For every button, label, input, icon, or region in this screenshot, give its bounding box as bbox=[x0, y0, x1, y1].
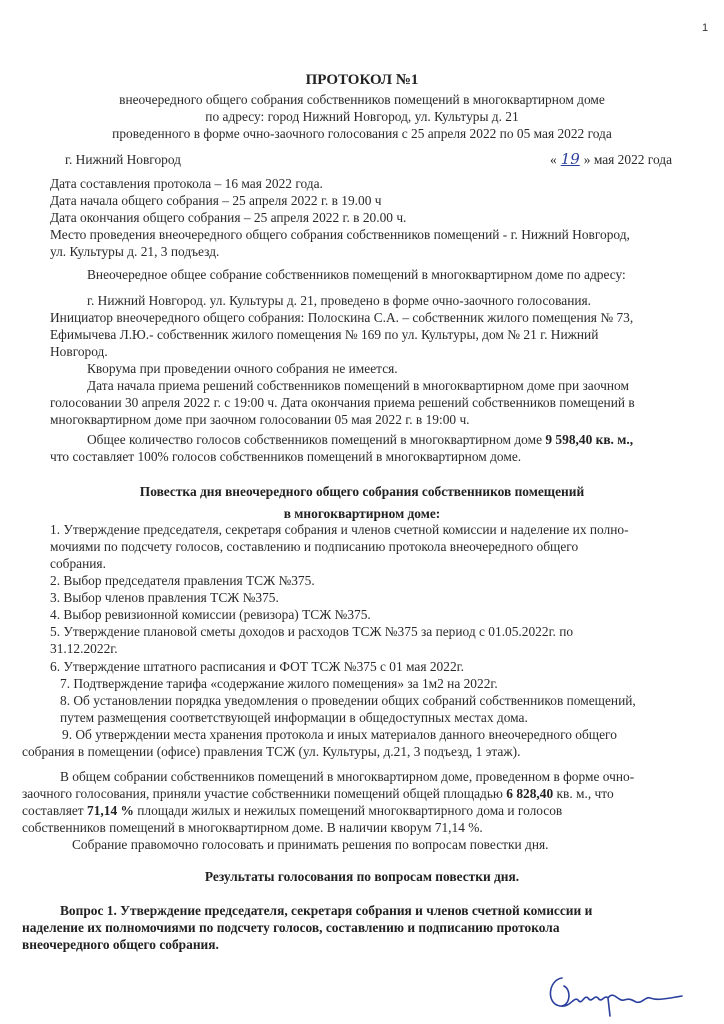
participation-text: заочного голосования, приняли участие со… bbox=[22, 786, 506, 801]
acceptance-line: голосовании 30 апреля 2022 г. с 19:00 ч.… bbox=[50, 394, 710, 411]
agenda-item: путем размещения соответствующей информа… bbox=[60, 709, 528, 726]
agenda-item: 6. Утверждение штатного расписания и ФОТ… bbox=[50, 658, 464, 675]
participation-line: В общем собрании собственников помещений… bbox=[60, 768, 634, 785]
agenda-item: собрания в помещении (офисе) правления Т… bbox=[22, 743, 520, 760]
agenda-heading-cont: в многоквартирном доме: bbox=[0, 505, 724, 522]
agenda-item: 1. Утверждение председателя, секретаря с… bbox=[50, 521, 629, 538]
agenda-item: 2. Выбор председателя правления ТСЖ №375… bbox=[50, 572, 315, 589]
meeting-place-cont: ул. Культуры д. 21, 3 подъезд. bbox=[50, 243, 710, 260]
agenda-item: 4. Выбор ревизионной комиссии (ревизора)… bbox=[50, 606, 371, 623]
date-rest: » мая 2022 года bbox=[584, 152, 672, 167]
initiator-line: Инициатор внеочередного общего собрания:… bbox=[50, 309, 710, 326]
page-number: 1 bbox=[702, 20, 708, 37]
acceptance-line: Дата начала приема решений собственников… bbox=[87, 377, 629, 394]
agenda-item: 3. Выбор членов правления ТСЖ №375. bbox=[50, 589, 279, 606]
agenda-item: 5. Утверждение плановой сметы доходов и … bbox=[50, 623, 573, 640]
start-date: Дата начала общего собрания – 25 апреля … bbox=[50, 192, 710, 209]
agenda-heading: Повестка дня внеочередного общего собран… bbox=[0, 483, 724, 500]
document-title: ПРОТОКОЛ №1 bbox=[0, 72, 724, 89]
meeting-place: Место проведения внеочередного общего со… bbox=[50, 226, 710, 243]
question-1: Вопрос 1. Утверждение председателя, секр… bbox=[60, 902, 592, 919]
participation-area: заочного голосования, приняли участие со… bbox=[22, 785, 614, 802]
quote-open: « bbox=[550, 152, 557, 167]
question-1-cont: внеочередного общего собрания. bbox=[22, 936, 219, 953]
handwritten-day: 19 bbox=[557, 150, 584, 168]
agenda-item: собрания. bbox=[50, 555, 106, 572]
intro-line: г. Нижний Новгород. ул. Культуры д. 21, … bbox=[87, 292, 591, 309]
initiator-line: Ефимычева Л.Ю.- собственник жилого помещ… bbox=[50, 326, 710, 343]
quorum-present: собственников помещений в многоквартирно… bbox=[22, 819, 483, 836]
agenda-item: 31.12.2022г. bbox=[50, 640, 118, 657]
quorum-text: Кворума при проведении очного собрания н… bbox=[87, 360, 398, 377]
initiator-line: Новгород. bbox=[50, 343, 710, 360]
participation-percent: составляет 71,14 % площади жилых и нежил… bbox=[22, 802, 562, 819]
subtitle-line: внеочередного общего собрания собственни… bbox=[0, 91, 724, 108]
subtitle-line: проведенного в форме очно-заочного голос… bbox=[0, 125, 724, 142]
total-votes-text: Общее количество голосов собственников п… bbox=[87, 432, 545, 447]
competence-statement: Собрание правомочно голосовать и принима… bbox=[72, 836, 549, 853]
agenda-item: мочиями по подсчету голосов, составлению… bbox=[50, 538, 578, 555]
total-votes-value: 9 598,40 кв. м., bbox=[545, 432, 633, 447]
document-date: «19» мая 2022 года bbox=[550, 151, 672, 168]
results-heading: Результаты голосования по вопросам повес… bbox=[0, 868, 724, 885]
subtitle-line: по адресу: город Нижний Новгород, ул. Ку… bbox=[0, 108, 724, 125]
participation-percent-value: 71,14 % bbox=[87, 803, 134, 818]
intro-paragraph: Внеочередное общее собрание собственнико… bbox=[87, 266, 626, 283]
signature-icon bbox=[540, 960, 690, 1020]
acceptance-line: многоквартирном доме при заочном голосов… bbox=[50, 411, 710, 428]
participation-area-value: 6 828,40 bbox=[506, 786, 553, 801]
signature bbox=[540, 960, 690, 1024]
protocol-date: Дата составления протокола – 16 мая 2022… bbox=[50, 175, 710, 192]
participation-text: площади жилых и нежилых помещений многок… bbox=[134, 803, 562, 818]
participation-text: составляет bbox=[22, 803, 87, 818]
city: г. Нижний Новгород bbox=[65, 151, 181, 168]
agenda-item: 9. Об утверждении места хранения протоко… bbox=[62, 726, 617, 743]
agenda-item: 7. Подтверждение тарифа «содержание жило… bbox=[60, 675, 498, 692]
total-votes: Общее количество голосов собственников п… bbox=[87, 431, 633, 448]
agenda-item: 8. Об установлении порядка уведомления о… bbox=[60, 692, 636, 709]
question-1-cont: наделение их полномочиями по подсчету го… bbox=[22, 919, 560, 936]
participation-text: кв. м., что bbox=[553, 786, 614, 801]
total-votes-cont: что составляет 100% голосов собственнико… bbox=[50, 448, 710, 465]
end-date: Дата окончания общего собрания – 25 апре… bbox=[50, 209, 710, 226]
